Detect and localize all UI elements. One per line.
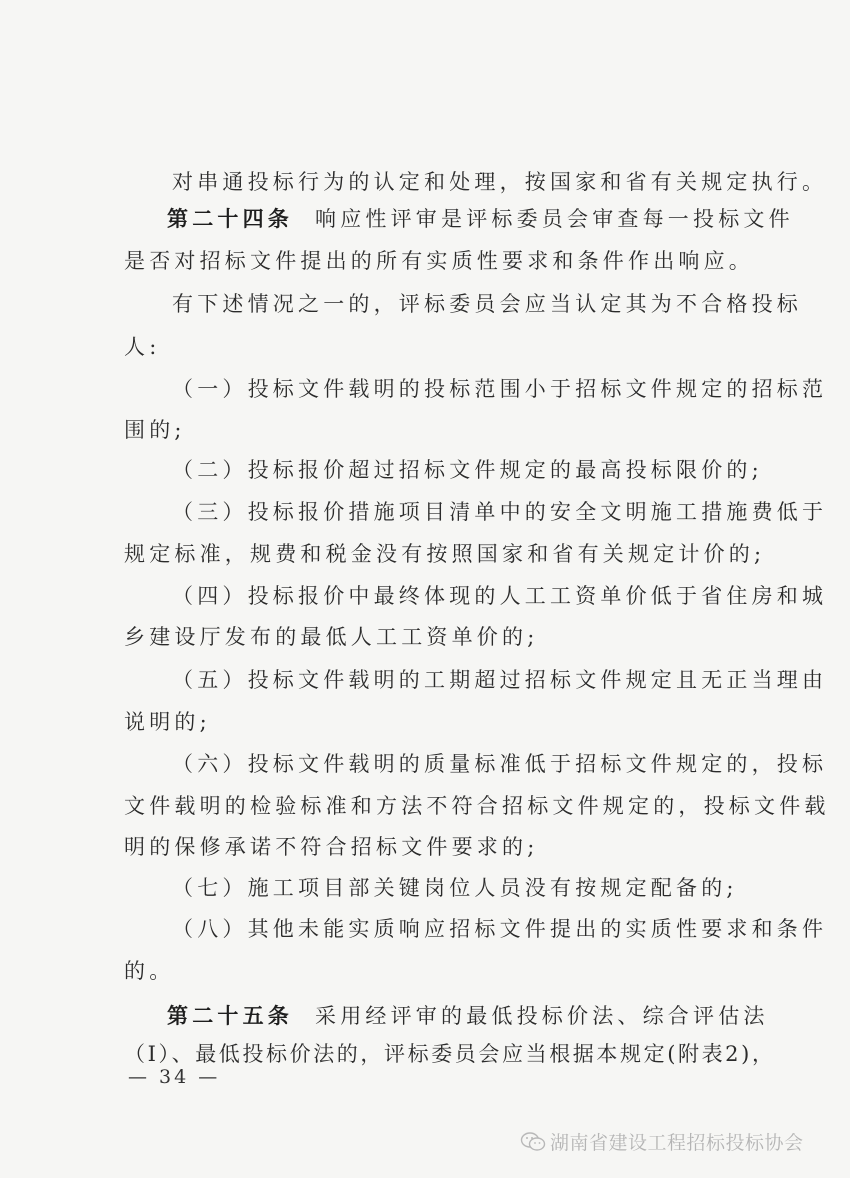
list-item-3: （三）投标报价措施项目清单中的安全文明施工措施费低于	[172, 498, 827, 526]
page-number: — 34 —	[128, 1066, 220, 1088]
document-page: 对串通投标行为的认定和处理，按国家和省有关规定执行。 第二十四条响应性评审是评标…	[0, 0, 850, 1178]
list-item-3-cont: 规定标准，规费和税金没有按照国家和省有关规定计价的;	[124, 540, 765, 568]
list-item-4-cont: 乡建设厅发布的最低人工工资单价的;	[124, 623, 538, 651]
list-item-6-cont: 文件载明的检验标准和方法不符合招标文件规定的，投标文件载	[124, 792, 830, 820]
watermark-text: 湖南省建设工程招标投标协会	[550, 1128, 804, 1155]
list-item-2: （二）投标报价超过招标文件规定的最高投标限价的;	[172, 456, 763, 484]
article-25-line: 第二十五条采用经评审的最低投标价法、综合评估法	[167, 1002, 769, 1030]
list-item-6-cont: 明的保修承诺不符合招标文件要求的;	[124, 833, 538, 861]
article-heading: 第二十五条	[167, 1004, 293, 1028]
list-item-7: （七）施工项目部关键岗位人员没有按规定配备的;	[172, 874, 738, 902]
wechat-icon	[520, 1131, 546, 1153]
list-item-1: （一）投标文件载明的投标范围小于招标文件规定的招标范	[172, 375, 827, 403]
list-item-5-cont: 说明的;	[124, 708, 211, 736]
paragraph-line: 是否对招标文件提出的所有实质性要求和条件作出响应。	[124, 247, 754, 275]
list-item-5: （五）投标文件载明的工期超过招标文件规定且无正当理由	[172, 666, 827, 694]
paragraph-line: 对串通投标行为的认定和处理，按国家和省有关规定执行。	[172, 168, 827, 196]
article-heading: 第二十四条	[167, 207, 293, 231]
list-item-8-cont: 的。	[124, 957, 174, 985]
paragraph-line: （Ⅰ）、最低投标价法的，评标委员会应当根据本规定(附表2)，	[124, 1040, 776, 1068]
list-item-4: （四）投标报价中最终体现的人工工资单价低于省住房和城	[172, 582, 827, 610]
watermark: 湖南省建设工程招标投标协会	[520, 1128, 804, 1155]
article-text: 采用经评审的最低投标价法、综合评估法	[315, 1004, 769, 1028]
list-item-6: （六）投标文件载明的质量标准低于招标文件规定的，投标	[172, 750, 827, 778]
article-text: 响应性评审是评标委员会审查每一投标文件	[315, 207, 794, 231]
list-item-1-cont: 围的;	[124, 416, 186, 444]
list-item-8: （八）其他未能实质响应招标文件提出的实质性要求和条件	[172, 915, 827, 943]
article-24-line: 第二十四条响应性评审是评标委员会审查每一投标文件	[167, 205, 794, 233]
paragraph-line: 有下述情况之一的，评标委员会应当认定其为不合格投标	[172, 290, 802, 318]
paragraph-line: 人:	[124, 333, 160, 361]
